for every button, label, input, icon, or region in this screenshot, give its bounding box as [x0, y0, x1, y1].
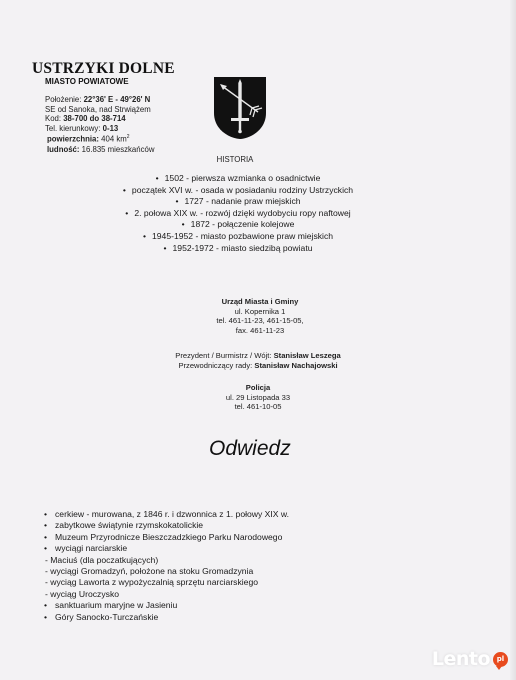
- population-label: ludność:: [47, 145, 82, 154]
- police-phone: tel. 461-10-05: [0, 402, 516, 412]
- history-item: 1727 - nadanie praw miejskich: [0, 196, 476, 208]
- attraction-item: zabytkowe świątynie rzymskokatolickie: [44, 520, 289, 531]
- ski-lift-item: - wyciągi Gromadzyń, położone na stoku G…: [45, 566, 289, 577]
- direction-row: SE od Sanoka, nad Strwiążem: [45, 105, 154, 115]
- postal-code-value: 38-700 do 38-714: [63, 114, 125, 123]
- location-label: Położenie:: [45, 95, 84, 104]
- council-label: Przewodniczący rady:: [178, 361, 254, 370]
- history-item: 1945-1952 - miasto pozbawione praw miejs…: [0, 231, 476, 243]
- history-item: 2. połowa XIX w. - rozwój dzięki wydobyc…: [0, 208, 476, 220]
- attraction-item: sanktuarium maryjne w Jasieniu: [44, 600, 289, 611]
- watermark-text: Lento: [432, 648, 490, 670]
- lento-watermark: Lento pl: [432, 648, 508, 670]
- mayor-name: Stanisław Leszega: [274, 351, 341, 360]
- ski-lift-item: - wyciąg Laworta z wypożyczalnią sprzętu…: [45, 577, 289, 588]
- phone-code-row: Tel. kierunkowy: 0-13: [45, 124, 154, 134]
- visit-heading: Odwiedz: [209, 437, 291, 461]
- history-item: początek XVI w. - osada w posiadaniu rod…: [0, 185, 476, 197]
- population-row: ludność: 16.835 mieszkańców: [45, 145, 154, 155]
- phone-code-label: Tel. kierunkowy:: [45, 124, 103, 133]
- police-block: Policja ul. 29 Listopada 33 tel. 461-10-…: [0, 383, 516, 412]
- area-value: 404 km: [101, 135, 127, 144]
- police-name: Policja: [246, 383, 270, 392]
- attraction-item: Góry Sanocko-Turczańskie: [44, 612, 289, 623]
- council-name: Stanisław Nachajowski: [254, 361, 337, 370]
- city-info-block: Położenie: 22°36' E - 49°26' N SE od San…: [45, 95, 154, 154]
- area-row: powierzchnia: 404 km2: [45, 133, 154, 144]
- attraction-item: Muzeum Przyrodnicze Bieszczadzkiego Park…: [44, 532, 289, 543]
- history-item: 1952-1972 - miasto siedzibą powiatu: [0, 243, 476, 255]
- area-label: powierzchnia:: [47, 135, 101, 144]
- office-street: ul. Kopernika 1: [2, 307, 516, 317]
- coat-of-arms-icon: [212, 75, 268, 141]
- officials-block: Prezydent / Burmistrz / Wójt: Stanisław …: [0, 351, 516, 370]
- location-value: 22°36' E - 49°26' N: [84, 95, 151, 104]
- ski-lift-item: - wyciąg Uroczysko: [45, 589, 289, 600]
- history-list: 1502 - pierwsza wzmianka o osadnictwie p…: [0, 173, 476, 254]
- population-value: 16.835 mieszkańców: [82, 145, 155, 154]
- postal-code-label: Kod:: [45, 114, 63, 123]
- office-fax: fax. 461-11-23: [2, 326, 516, 336]
- postal-code-row: Kod: 38-700 do 38-714: [45, 114, 154, 124]
- history-heading: HISTORIA: [0, 155, 470, 164]
- scanned-document-page: USTRZYKI DOLNE MIASTO POWIATOWE Położeni…: [0, 0, 516, 680]
- attraction-item: cerkiew - murowana, z 1846 r. i dzwonnic…: [44, 509, 289, 520]
- document-subtitle: MIASTO POWIATOWE: [45, 77, 129, 86]
- attraction-item: wyciągi narciarskie: [44, 543, 289, 554]
- history-item: 1872 - połączenie kolejowe: [0, 219, 476, 231]
- police-street: ul. 29 Listopada 33: [0, 393, 516, 403]
- history-item: 1502 - pierwsza wzmianka o osadnictwie: [0, 173, 476, 185]
- ski-lift-item: - Maciuś (dla poczatkujących): [45, 555, 289, 566]
- location-row: Położenie: 22°36' E - 49°26' N: [45, 95, 154, 105]
- office-phone: tel. 461-11-23, 461-15-05,: [2, 316, 516, 326]
- document-title: USTRZYKI DOLNE: [32, 60, 175, 78]
- mayor-label: Prezydent / Burmistrz / Wójt:: [175, 351, 273, 360]
- phone-code-value: 0-13: [103, 124, 119, 133]
- attractions-list: cerkiew - murowana, z 1846 r. i dzwonnic…: [44, 509, 289, 623]
- area-unit-sup: 2: [127, 134, 130, 140]
- mayor-row: Prezydent / Burmistrz / Wójt: Stanisław …: [0, 351, 516, 361]
- council-row: Przewodniczący rady: Stanisław Nachajows…: [0, 361, 516, 371]
- page-edge-shadow: [510, 0, 516, 680]
- office-name: Urząd Miasta i Gminy: [222, 297, 299, 306]
- town-office-block: Urząd Miasta i Gminy ul. Kopernika 1 tel…: [0, 297, 516, 335]
- speech-bubble-badge-icon: pl: [493, 652, 508, 667]
